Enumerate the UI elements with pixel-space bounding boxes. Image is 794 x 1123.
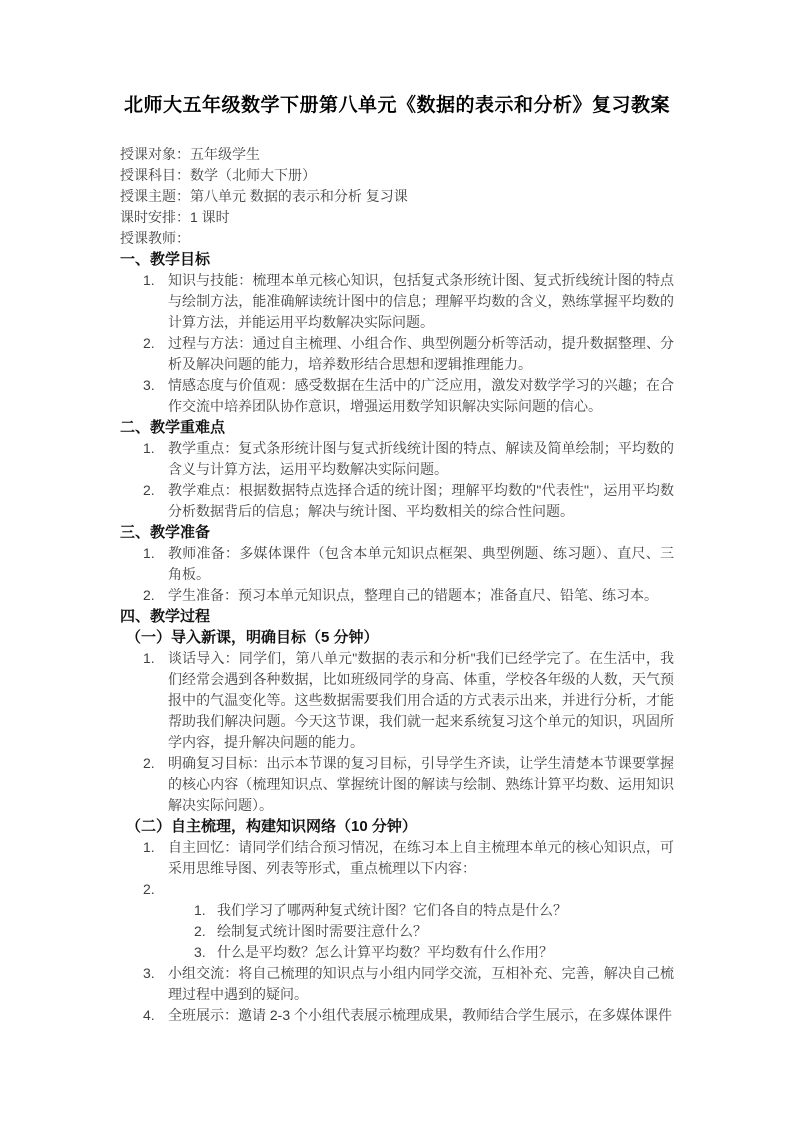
- list-item-number: 1.: [143, 837, 168, 879]
- list-item-number: 4.: [143, 1005, 168, 1026]
- section-heading: 三、教学准备: [120, 522, 674, 543]
- subsection-heading-intro: （一）导入新课，明确目标（5 分钟）: [120, 627, 674, 648]
- list-item-text: [168, 879, 674, 900]
- list-item: 1. 知识与技能：梳理本单元核心知识，包括复式条形统计图、复式折线统计图的特点与…: [120, 270, 674, 333]
- list-item-number: 3.: [194, 942, 217, 963]
- meta-line-topic: 授课主题：第八单元 数据的表示和分析 复习课: [120, 186, 674, 207]
- section-teaching-process: 四、教学过程 （一）导入新课，明确目标（5 分钟） 1. 谈话导入：同学们，第八…: [120, 606, 674, 1026]
- list-item: 2.: [120, 879, 674, 900]
- meta-label: 授课科目：: [120, 167, 190, 183]
- list-item: 2. 过程与方法：通过自主梳理、小组合作、典型例题分析等活动，提升数据整理、分析…: [120, 333, 674, 375]
- section-heading: 二、教学重难点: [120, 417, 674, 438]
- list-item-text: 教师准备：多媒体课件（包含本单元知识点框架、典型例题、练习题）、直尺、三角板。: [168, 543, 674, 585]
- list-item-text: 知识与技能：梳理本单元核心知识，包括复式条形统计图、复式折线统计图的特点与绘制方…: [168, 270, 674, 333]
- section-teaching-preparation: 三、教学准备 1. 教师准备：多媒体课件（包含本单元知识点框架、典型例题、练习题…: [120, 522, 674, 606]
- list-item-number: 2.: [143, 333, 168, 375]
- list-item-text: 教学重点：复式条形统计图与复式折线统计图的特点、解读及简单绘制；平均数的含义与计…: [168, 438, 674, 480]
- subsection-heading-self-review: （二）自主梳理，构建知识网络（10 分钟）: [120, 816, 674, 837]
- section-teaching-objectives: 一、教学目标 1. 知识与技能：梳理本单元核心知识，包括复式条形统计图、复式折线…: [120, 249, 674, 417]
- meta-line-subject: 授课科目：数学（北师大下册）: [120, 165, 674, 186]
- list-item-number: 2.: [143, 753, 168, 816]
- meta-label: 课时安排：: [120, 209, 190, 225]
- list-item-number: 3.: [143, 375, 168, 417]
- list-item-text: 小组交流：将自己梳理的知识点与小组内同学交流，互相补充、完善，解决自己梳理过程中…: [168, 963, 674, 1005]
- list-item-text: 全班展示：邀请 2-3 个小组代表展示梳理成果，教师结合学生展示，在多媒体课件: [168, 1005, 674, 1026]
- list-item-number: 2.: [143, 879, 168, 900]
- list-item-text: 自主回忆：请同学们结合预习情况，在练习本上自主梳理本单元的核心知识点，可采用思维…: [168, 837, 674, 879]
- list-item-number: 2.: [143, 480, 168, 522]
- list-item-text: 绘制复式统计图时需要注意什么？: [217, 921, 674, 942]
- document-page: 北师大五年级数学下册第八单元《数据的表示和分析》复习教案 授课对象：五年级学生 …: [0, 0, 794, 1123]
- list-item-number: 2.: [143, 585, 168, 606]
- list-item-text: 明确复习目标：出示本节课的复习目标，引导学生齐读，让学生清楚本节课要掌握的核心内…: [168, 753, 674, 816]
- list-item-number: 1.: [143, 543, 168, 585]
- list-item-number: 1.: [143, 438, 168, 480]
- list-item: 4. 全班展示：邀请 2-3 个小组代表展示梳理成果，教师结合学生展示，在多媒体…: [120, 1005, 674, 1026]
- list-item-text: 我们学习了哪两种复式统计图？它们各自的特点是什么？: [217, 900, 674, 921]
- meta-line-duration: 课时安排：1 课时: [120, 207, 674, 228]
- meta-line-audience: 授课对象：五年级学生: [120, 144, 674, 165]
- list-item: 3. 情感态度与价值观：感受数据在生活中的广泛应用，激发对数学学习的兴趣；在合作…: [120, 375, 674, 417]
- nested-list-item: 1. 我们学习了哪两种复式统计图？它们各自的特点是什么？: [120, 900, 674, 921]
- document-title: 北师大五年级数学下册第八单元《数据的表示和分析》复习教案: [120, 92, 674, 119]
- list-item: 1. 自主回忆：请同学们结合预习情况，在练习本上自主梳理本单元的核心知识点，可采…: [120, 837, 674, 879]
- list-item-text: 学生准备：预习本单元知识点，整理自己的错题本；准备直尺、铅笔、练习本。: [168, 585, 674, 606]
- nested-list-item: 3. 什么是平均数？怎么计算平均数？平均数有什么作用？: [120, 942, 674, 963]
- meta-value: 第八单元 数据的表示和分析 复习课: [190, 188, 408, 204]
- list-item: 2. 教学难点：根据数据特点选择合适的统计图；理解平均数的"代表性"，运用平均数…: [120, 480, 674, 522]
- list-item-number: 3.: [143, 963, 168, 1005]
- list-item: 2. 明确复习目标：出示本节课的复习目标，引导学生齐读，让学生清楚本节课要掌握的…: [120, 753, 674, 816]
- list-item-number: 2.: [194, 921, 217, 942]
- meta-value: 数学（北师大下册）: [190, 167, 316, 183]
- section-key-difficult-points: 二、教学重难点 1. 教学重点：复式条形统计图与复式折线统计图的特点、解读及简单…: [120, 417, 674, 522]
- section-heading: 四、教学过程: [120, 606, 674, 627]
- list-item: 2. 学生准备：预习本单元知识点，整理自己的错题本；准备直尺、铅笔、练习本。: [120, 585, 674, 606]
- list-item: 1. 教师准备：多媒体课件（包含本单元知识点框架、典型例题、练习题）、直尺、三角…: [120, 543, 674, 585]
- list-item: 3. 小组交流：将自己梳理的知识点与小组内同学交流，互相补充、完善，解决自己梳理…: [120, 963, 674, 1005]
- meta-value: 五年级学生: [190, 146, 260, 162]
- list-item-number: 1.: [194, 900, 217, 921]
- section-heading: 一、教学目标: [120, 249, 674, 270]
- meta-line-teacher: 授课教师：: [120, 228, 674, 249]
- list-item: 1. 教学重点：复式条形统计图与复式折线统计图的特点、解读及简单绘制；平均数的含…: [120, 438, 674, 480]
- list-item-number: 1.: [143, 270, 168, 333]
- list-item-text: 过程与方法：通过自主梳理、小组合作、典型例题分析等活动，提升数据整理、分析及解决…: [168, 333, 674, 375]
- list-item-text: 情感态度与价值观：感受数据在生活中的广泛应用，激发对数学学习的兴趣；在合作交流中…: [168, 375, 674, 417]
- meta-label: 授课主题：: [120, 188, 190, 204]
- list-item-number: 1.: [143, 648, 168, 753]
- meta-value: 1 课时: [190, 209, 230, 225]
- meta-label: 授课教师：: [120, 230, 190, 246]
- nested-list-item: 2. 绘制复式统计图时需要注意什么？: [120, 921, 674, 942]
- list-item: 1. 谈话导入：同学们，第八单元"数据的表示和分析"我们已经学完了。在生活中，我…: [120, 648, 674, 753]
- meta-label: 授课对象：: [120, 146, 190, 162]
- list-item-text: 谈话导入：同学们，第八单元"数据的表示和分析"我们已经学完了。在生活中，我们经常…: [168, 648, 674, 753]
- list-item-text: 教学难点：根据数据特点选择合适的统计图；理解平均数的"代表性"，运用平均数分析数…: [168, 480, 674, 522]
- meta-block: 授课对象：五年级学生 授课科目：数学（北师大下册） 授课主题：第八单元 数据的表…: [120, 144, 674, 249]
- list-item-text: 什么是平均数？怎么计算平均数？平均数有什么作用？: [217, 942, 674, 963]
